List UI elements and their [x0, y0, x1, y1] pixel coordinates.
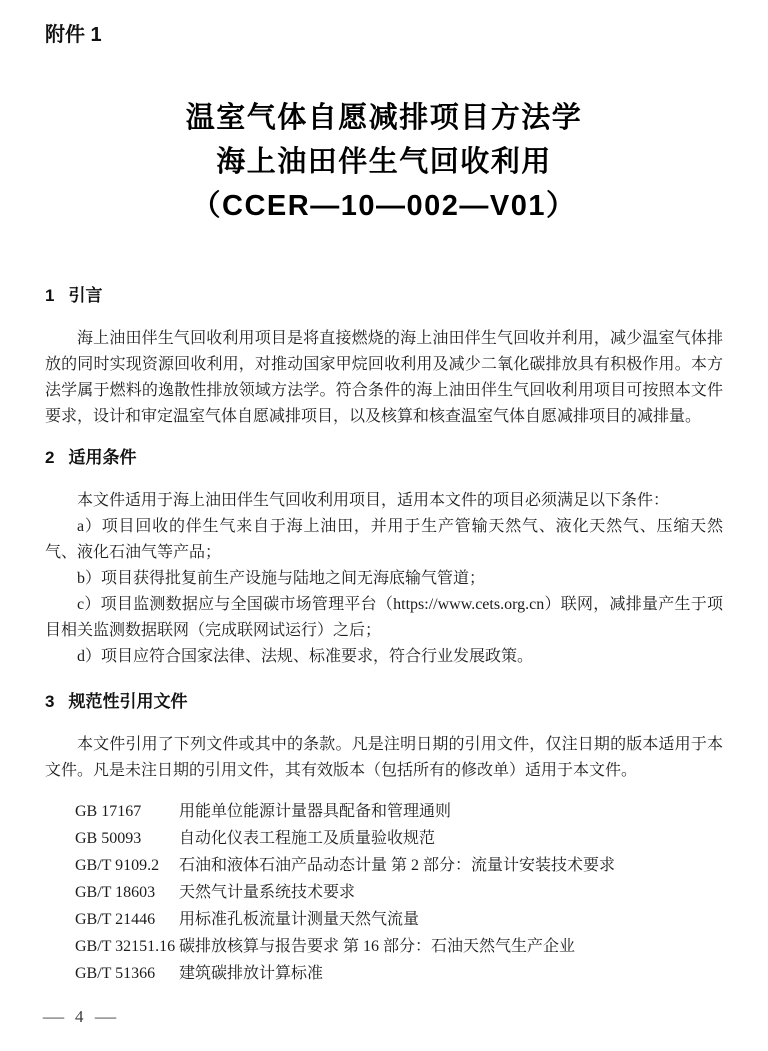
- section-2-intro: 本文件适用于海上油田伴生气回收利用项目，适用本文件的项目必须满足以下条件：: [45, 488, 723, 514]
- condition-item-d: d）项目应符合国家法律、法规、标准要求，符合行业发展政策。: [45, 644, 723, 670]
- section-1-heading-text: 引言: [68, 286, 102, 305]
- reference-title: 天然气计量系统技术要求: [179, 879, 723, 906]
- section-1-number: 1: [45, 284, 54, 308]
- footer-dash-left: —: [43, 1007, 64, 1027]
- condition-item-a: a）项目回收的伴生气来自于海上油田，并用于生产管输天然气、液化天然气、压缩天然气…: [45, 514, 723, 566]
- section-normative-references: 3规范性引用文件 本文件引用了下列文件或其中的条款。凡是注明日期的引用文件，仅注…: [45, 690, 723, 987]
- condition-item-b: b）项目获得批复前生产设施与陆地之间无海底输气管道；: [45, 566, 723, 592]
- title-line-2: 海上油田伴生气回收利用: [45, 140, 723, 184]
- section-3-heading: 3规范性引用文件: [45, 690, 723, 714]
- reference-row: GB/T 18603 天然气计量系统技术要求: [75, 879, 723, 906]
- condition-item-c: c）项目监测数据应与全国碳市场管理平台（https://www.cets.org…: [45, 592, 723, 644]
- reference-title: 用标准孔板流量计测量天然气流量: [179, 906, 723, 933]
- reference-code: GB/T 18603: [75, 879, 179, 906]
- title-line-3: （CCER—10—002—V01）: [45, 184, 723, 228]
- references-list: GB 17167 用能单位能源计量器具配备和管理通则 GB 50093 自动化仪…: [45, 798, 723, 987]
- reference-row: GB/T 9109.2 石油和液体石油产品动态计量 第 2 部分：流量计安装技术…: [75, 852, 723, 879]
- section-3-heading-text: 规范性引用文件: [68, 692, 187, 711]
- section-1-paragraph: 海上油田伴生气回收利用项目是将直接燃烧的海上油田伴生气回收并利用，减少温室气体排…: [45, 326, 723, 430]
- reference-row: GB/T 21446 用标准孔板流量计测量天然气流量: [75, 906, 723, 933]
- reference-row: GB 17167 用能单位能源计量器具配备和管理通则: [75, 798, 723, 825]
- reference-title: 碳排放核算与报告要求 第 16 部分：石油天然气生产企业: [179, 933, 723, 960]
- page-number: 4: [75, 1007, 84, 1027]
- reference-code: GB/T 32151.16: [75, 933, 179, 960]
- section-2-heading-text: 适用条件: [68, 448, 136, 467]
- reference-code: GB 50093: [75, 825, 179, 852]
- condition-list: a）项目回收的伴生气来自于海上油田，并用于生产管输天然气、液化天然气、压缩天然气…: [45, 514, 723, 670]
- reference-title: 建筑碳排放计算标准: [179, 960, 723, 987]
- section-2-number: 2: [45, 446, 54, 470]
- reference-row: GB/T 32151.16 碳排放核算与报告要求 第 16 部分：石油天然气生产…: [75, 933, 723, 960]
- reference-title: 自动化仪表工程施工及质量验收规范: [179, 825, 723, 852]
- section-introduction: 1引言 海上油田伴生气回收利用项目是将直接燃烧的海上油田伴生气回收并利用，减少温…: [45, 284, 723, 430]
- reference-row: GB/T 51366 建筑碳排放计算标准: [75, 960, 723, 987]
- reference-code: GB/T 51366: [75, 960, 179, 987]
- document-page: 附件 1 温室气体自愿减排项目方法学 海上油田伴生气回收利用 （CCER—10—…: [0, 0, 768, 1051]
- reference-title: 用能单位能源计量器具配备和管理通则: [179, 798, 723, 825]
- section-applicability: 2适用条件 本文件适用于海上油田伴生气回收利用项目，适用本文件的项目必须满足以下…: [45, 446, 723, 670]
- page-footer: — 4 —: [45, 1007, 114, 1027]
- footer-dash-right: —: [94, 1007, 115, 1027]
- reference-code: GB/T 21446: [75, 906, 179, 933]
- section-3-number: 3: [45, 690, 54, 714]
- document-title: 温室气体自愿减排项目方法学 海上油田伴生气回收利用 （CCER—10—002—V…: [45, 96, 723, 228]
- section-3-intro: 本文件引用了下列文件或其中的条款。凡是注明日期的引用文件，仅注日期的版本适用于本…: [45, 732, 723, 784]
- attachment-label: 附件 1: [45, 22, 723, 48]
- section-1-heading: 1引言: [45, 284, 723, 308]
- reference-title: 石油和液体石油产品动态计量 第 2 部分：流量计安装技术要求: [179, 852, 723, 879]
- section-2-heading: 2适用条件: [45, 446, 723, 470]
- reference-row: GB 50093 自动化仪表工程施工及质量验收规范: [75, 825, 723, 852]
- reference-code: GB 17167: [75, 798, 179, 825]
- title-line-1: 温室气体自愿减排项目方法学: [45, 96, 723, 140]
- reference-code: GB/T 9109.2: [75, 852, 179, 879]
